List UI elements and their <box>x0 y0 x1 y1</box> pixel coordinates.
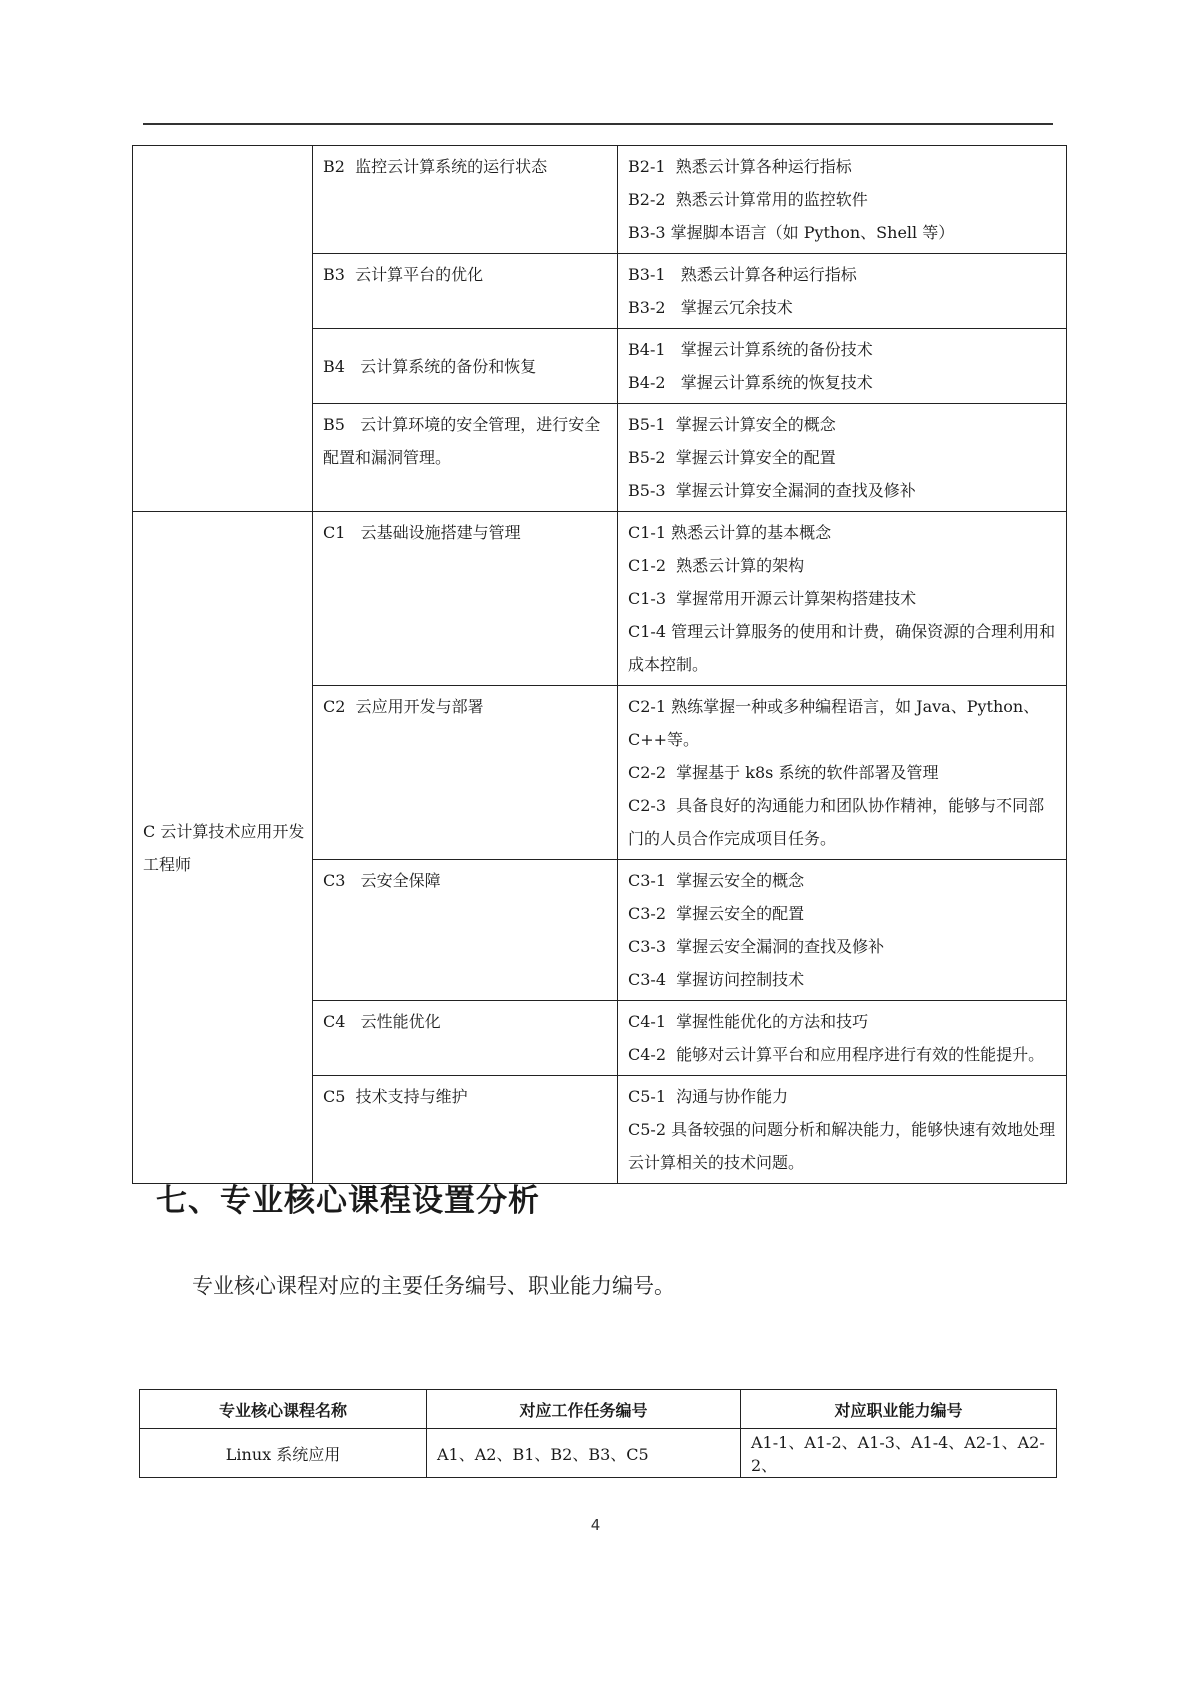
section-intro: 专业核心课程对应的主要任务编号、职业能力编号。 <box>192 1270 675 1300</box>
task-c5: C5 技术支持与维护 <box>323 1087 468 1106</box>
ability-cell: B3-1 熟悉云计算各种运行指标 B3-2 掌握云冗余技术 <box>618 254 1067 329</box>
table-row: Linux 系统应用 A1、A2、B1、B2、B3、C5 A1-1、A1-2、A… <box>140 1429 1057 1478</box>
ability-cell: C1-1 熟悉云计算的基本概念 C1-2 熟悉云计算的架构 C1-3 掌握常用开… <box>618 512 1067 686</box>
ability-item: C3-4 掌握访问控制技术 <box>628 963 1056 996</box>
ability-cell: C2-1 熟练掌握一种或多种编程语言，如 Java、Python、C++等。 C… <box>618 686 1067 860</box>
role-cell-c: C 云计算技术应用开发工程师 <box>133 512 313 1184</box>
task-b4: B4 云计算系统的备份和恢复 <box>323 357 536 376</box>
ability-item: B5-3 掌握云计算安全漏洞的查找及修补 <box>628 474 1056 507</box>
task-cell: C1 云基础设施搭建与管理 <box>313 512 618 686</box>
ability-item: B4-1 掌握云计算系统的备份技术 <box>628 333 1056 366</box>
task-cell: C4 云性能优化 <box>313 1001 618 1076</box>
ability-item: B3-2 掌握云冗余技术 <box>628 291 1056 324</box>
task-c4: C4 云性能优化 <box>323 1012 441 1031</box>
ability-item: C1-1 熟悉云计算的基本概念 <box>628 516 1056 549</box>
ability-item: B3-3 掌握脚本语言（如 Python、Shell 等） <box>628 216 1056 249</box>
ability-item: B5-1 掌握云计算安全的概念 <box>628 408 1056 441</box>
column-header-tasks: 对应工作任务编号 <box>427 1390 741 1429</box>
task-cell: B5 云计算环境的安全管理，进行安全配置和漏洞管理。 <box>313 404 618 512</box>
ability-item: C3-3 掌握云安全漏洞的查找及修补 <box>628 930 1056 963</box>
section-title: 七、专业核心课程设置分析 <box>156 1175 540 1220</box>
task-cell: C3 云安全保障 <box>313 860 618 1001</box>
task-cell: B2 监控云计算系统的运行状态 <box>313 146 618 254</box>
course-table: 专业核心课程名称 对应工作任务编号 对应职业能力编号 Linux 系统应用 A1… <box>139 1389 1057 1478</box>
ability-cell: B4-1 掌握云计算系统的备份技术 B4-2 掌握云计算系统的恢复技术 <box>618 329 1067 404</box>
task-cell: C2 云应用开发与部署 <box>313 686 618 860</box>
table-row: C 云计算技术应用开发工程师 C1 云基础设施搭建与管理 C1-1 熟悉云计算的… <box>133 512 1067 686</box>
competency-table: B2 监控云计算系统的运行状态 B2-1 熟悉云计算各种运行指标 B2-2 熟悉… <box>132 145 1067 1184</box>
task-b3: B3 云计算平台的优化 <box>323 265 483 284</box>
column-header-abilities: 对应职业能力编号 <box>741 1390 1057 1429</box>
task-c1: C1 云基础设施搭建与管理 <box>323 523 521 542</box>
ability-cell: B5-1 掌握云计算安全的概念 B5-2 掌握云计算安全的配置 B5-3 掌握云… <box>618 404 1067 512</box>
column-header-course: 专业核心课程名称 <box>140 1390 427 1429</box>
course-tasks: A1、A2、B1、B2、B3、C5 <box>427 1429 741 1478</box>
role-label: C 云计算技术应用开发工程师 <box>143 822 304 874</box>
ability-item: B5-2 掌握云计算安全的配置 <box>628 441 1056 474</box>
ability-item: C1-2 熟悉云计算的架构 <box>628 549 1056 582</box>
ability-item: C5-1 沟通与协作能力 <box>628 1080 1056 1113</box>
ability-item: B2-1 熟悉云计算各种运行指标 <box>628 150 1056 183</box>
task-c2: C2 云应用开发与部署 <box>323 697 484 716</box>
ability-item: C1-3 掌握常用开源云计算架构搭建技术 <box>628 582 1056 615</box>
task-cell: B4 云计算系统的备份和恢复 <box>313 329 618 404</box>
ability-item: B2-2 熟悉云计算常用的监控软件 <box>628 183 1056 216</box>
ability-item: C1-4 管理云计算服务的使用和计费，确保资源的合理利用和成本控制。 <box>628 615 1056 681</box>
course-table-header: 专业核心课程名称 对应工作任务编号 对应职业能力编号 <box>140 1390 1057 1429</box>
ability-item: C5-2 具备较强的问题分析和解决能力，能够快速有效地处理云计算相关的技术问题。 <box>628 1113 1056 1179</box>
ability-cell: C5-1 沟通与协作能力 C5-2 具备较强的问题分析和解决能力，能够快速有效地… <box>618 1076 1067 1184</box>
ability-item: C3-2 掌握云安全的配置 <box>628 897 1056 930</box>
task-c3: C3 云安全保障 <box>323 871 441 890</box>
course-abilities: A1-1、A1-2、A1-3、A1-4、A2-1、A2-2、 <box>741 1429 1057 1478</box>
ability-item: C3-1 掌握云安全的概念 <box>628 864 1056 897</box>
task-b2: B2 监控云计算系统的运行状态 <box>323 157 547 176</box>
header-rule <box>143 123 1053 125</box>
page-number: 4 <box>0 1516 1191 1534</box>
task-b5: B5 云计算环境的安全管理，进行安全配置和漏洞管理。 <box>323 415 600 467</box>
task-cell: C5 技术支持与维护 <box>313 1076 618 1184</box>
ability-cell: C3-1 掌握云安全的概念 C3-2 掌握云安全的配置 C3-3 掌握云安全漏洞… <box>618 860 1067 1001</box>
ability-item: B4-2 掌握云计算系统的恢复技术 <box>628 366 1056 399</box>
task-cell: B3 云计算平台的优化 <box>313 254 618 329</box>
table-row: B2 监控云计算系统的运行状态 B2-1 熟悉云计算各种运行指标 B2-2 熟悉… <box>133 146 1067 254</box>
ability-item: C2-2 掌握基于 k8s 系统的软件部署及管理 <box>628 756 1056 789</box>
ability-item: C4-1 掌握性能优化的方法和技巧 <box>628 1005 1056 1038</box>
ability-cell: B2-1 熟悉云计算各种运行指标 B2-2 熟悉云计算常用的监控软件 B3-3 … <box>618 146 1067 254</box>
role-cell-continued <box>133 146 313 512</box>
ability-item: C2-1 熟练掌握一种或多种编程语言，如 Java、Python、C++等。 <box>628 690 1056 756</box>
ability-item: B3-1 熟悉云计算各种运行指标 <box>628 258 1056 291</box>
ability-item: C4-2 能够对云计算平台和应用程序进行有效的性能提升。 <box>628 1038 1056 1071</box>
course-name: Linux 系统应用 <box>140 1429 427 1478</box>
ability-item: C2-3 具备良好的沟通能力和团队协作精神，能够与不同部门的人员合作完成项目任务… <box>628 789 1056 855</box>
ability-cell: C4-1 掌握性能优化的方法和技巧 C4-2 能够对云计算平台和应用程序进行有效… <box>618 1001 1067 1076</box>
